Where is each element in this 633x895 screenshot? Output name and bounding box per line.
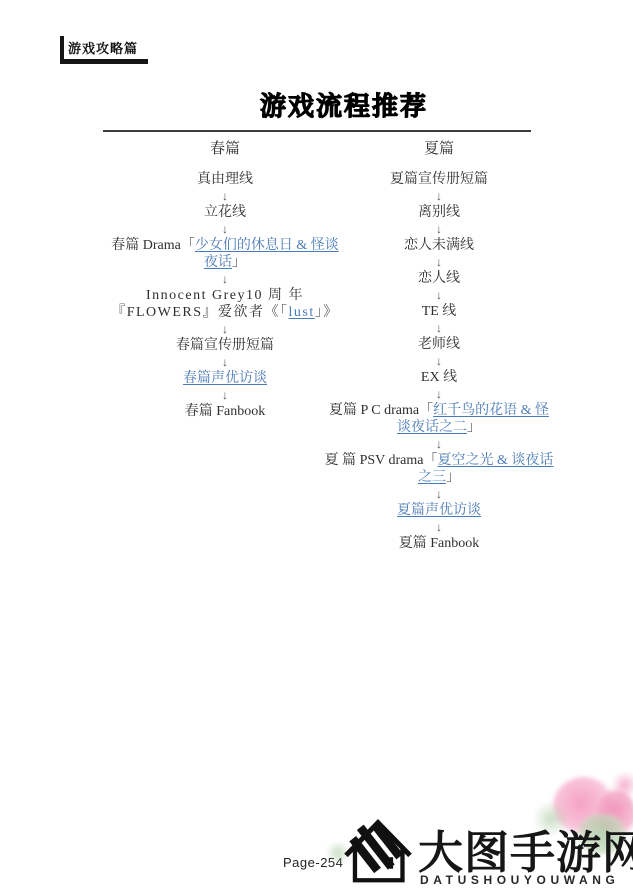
flow-item: 春篇 Drama「少女们的休息日 & 怪谈夜话」: [105, 237, 345, 271]
title-divider: [103, 130, 531, 132]
down-arrow-icon: ↓: [222, 221, 228, 237]
watermark: 大图手游网 DATUSHOUYOUWANG: [328, 772, 633, 895]
flow-item: 春篇宣传册短篇: [176, 337, 274, 354]
down-arrow-icon: ↓: [436, 486, 442, 502]
down-arrow-icon: ↓: [436, 254, 442, 270]
document-page: 游戏攻略篇 游戏流程推荐 春篇真由理线↓立花线↓春篇 Drama「少女们的休息日…: [0, 0, 633, 895]
watermark-subtitle: DATUSHOUYOUWANG: [420, 873, 633, 887]
down-arrow-icon: ↓: [436, 287, 442, 303]
flow-text: 」: [446, 470, 460, 485]
flow-item: 真由理线: [197, 171, 253, 188]
down-arrow-icon: ↓: [222, 271, 228, 287]
flow-link[interactable]: lust: [289, 305, 315, 320]
flow-text: TE 线: [422, 304, 457, 319]
flow-item: 夏篇 P C drama「红千鸟的花语 & 怪谈夜话之二」: [323, 402, 555, 436]
flow-item: EX 线: [421, 369, 457, 386]
flow-text: 夏篇 Fanbook: [399, 536, 480, 551]
flow-text: 春篇宣传册短篇: [176, 338, 274, 353]
flow-link[interactable]: 夏篇声优访谈: [397, 503, 481, 518]
watermark-title: 大图手游网: [418, 816, 633, 881]
down-arrow-icon: ↓: [436, 436, 442, 452]
flow-text: Innocent Grey10 周 年『FLOWERS』爱欲者《「: [111, 288, 304, 320]
flow-text: 老师线: [418, 337, 460, 352]
down-arrow-icon: ↓: [436, 188, 442, 204]
flow-item: 夏篇 Fanbook: [399, 535, 480, 552]
flow-item: 老师线: [418, 336, 460, 353]
flow-link[interactable]: 春篇声优访谈: [183, 371, 267, 386]
down-arrow-icon: ↓: [222, 387, 228, 403]
page-title: 游戏流程推荐: [130, 86, 558, 123]
flow-item: 恋人线: [418, 270, 460, 287]
column-header: 春篇: [210, 140, 240, 158]
down-arrow-icon: ↓: [436, 320, 442, 336]
flow-item: 夏 篇 PSV drama「夏空之光 & 谈夜话之三」: [323, 452, 555, 486]
flow-text: 恋人线: [418, 271, 460, 286]
flow-item: 夏篇声优访谈: [397, 502, 481, 519]
flow-column-spring: 春篇真由理线↓立花线↓春篇 Drama「少女们的休息日 & 怪谈夜话」↓Inno…: [105, 140, 345, 420]
flow-text: 」: [232, 255, 246, 270]
flow-text: EX 线: [421, 370, 457, 385]
flow-text: 夏篇 P C drama「: [329, 403, 433, 418]
flow-link[interactable]: 夏空之光 & 谈夜话之三: [418, 453, 553, 485]
down-arrow-icon: ↓: [436, 221, 442, 237]
section-badge: 游戏攻略篇: [60, 36, 148, 64]
flow-item: TE 线: [422, 303, 457, 320]
flow-item: 夏篇宣传册短篇: [390, 171, 488, 188]
column-header: 夏篇: [424, 140, 454, 158]
flow-text: 春篇 Fanbook: [185, 404, 266, 419]
flow-item: 恋人未满线: [404, 237, 474, 254]
flower-decoration: [612, 772, 633, 798]
down-arrow-icon: ↓: [222, 188, 228, 204]
flow-column-summer: 夏篇夏篇宣传册短篇↓离别线↓恋人未满线↓恋人线↓TE 线↓老师线↓EX 线↓夏篇…: [323, 140, 555, 552]
flow-text: 立花线: [204, 205, 246, 220]
flow-text: 真由理线: [197, 172, 253, 187]
flow-text: 春篇 Drama「: [111, 238, 195, 253]
flow-item: 立花线: [204, 204, 246, 221]
flow-text: 夏篇宣传册短篇: [390, 172, 488, 187]
flow-text: 」: [467, 420, 481, 435]
flow-item: Innocent Grey10 周 年『FLOWERS』爱欲者《「lust」》: [105, 287, 345, 321]
down-arrow-icon: ↓: [436, 353, 442, 369]
flow-link[interactable]: 少女们的休息日 & 怪谈夜话: [195, 238, 339, 270]
down-arrow-icon: ↓: [436, 386, 442, 402]
down-arrow-icon: ↓: [222, 354, 228, 370]
flow-item: 离别线: [418, 204, 460, 221]
flow-item: 春篇声优访谈: [183, 370, 267, 387]
flow-item: 春篇 Fanbook: [185, 403, 266, 420]
flow-text: 夏 篇 PSV drama「: [325, 453, 438, 468]
down-arrow-icon: ↓: [436, 519, 442, 535]
flow-text: 离别线: [418, 205, 460, 220]
down-arrow-icon: ↓: [222, 321, 228, 337]
flow-text: 恋人未满线: [404, 238, 474, 253]
house-logo-icon: [342, 810, 414, 890]
